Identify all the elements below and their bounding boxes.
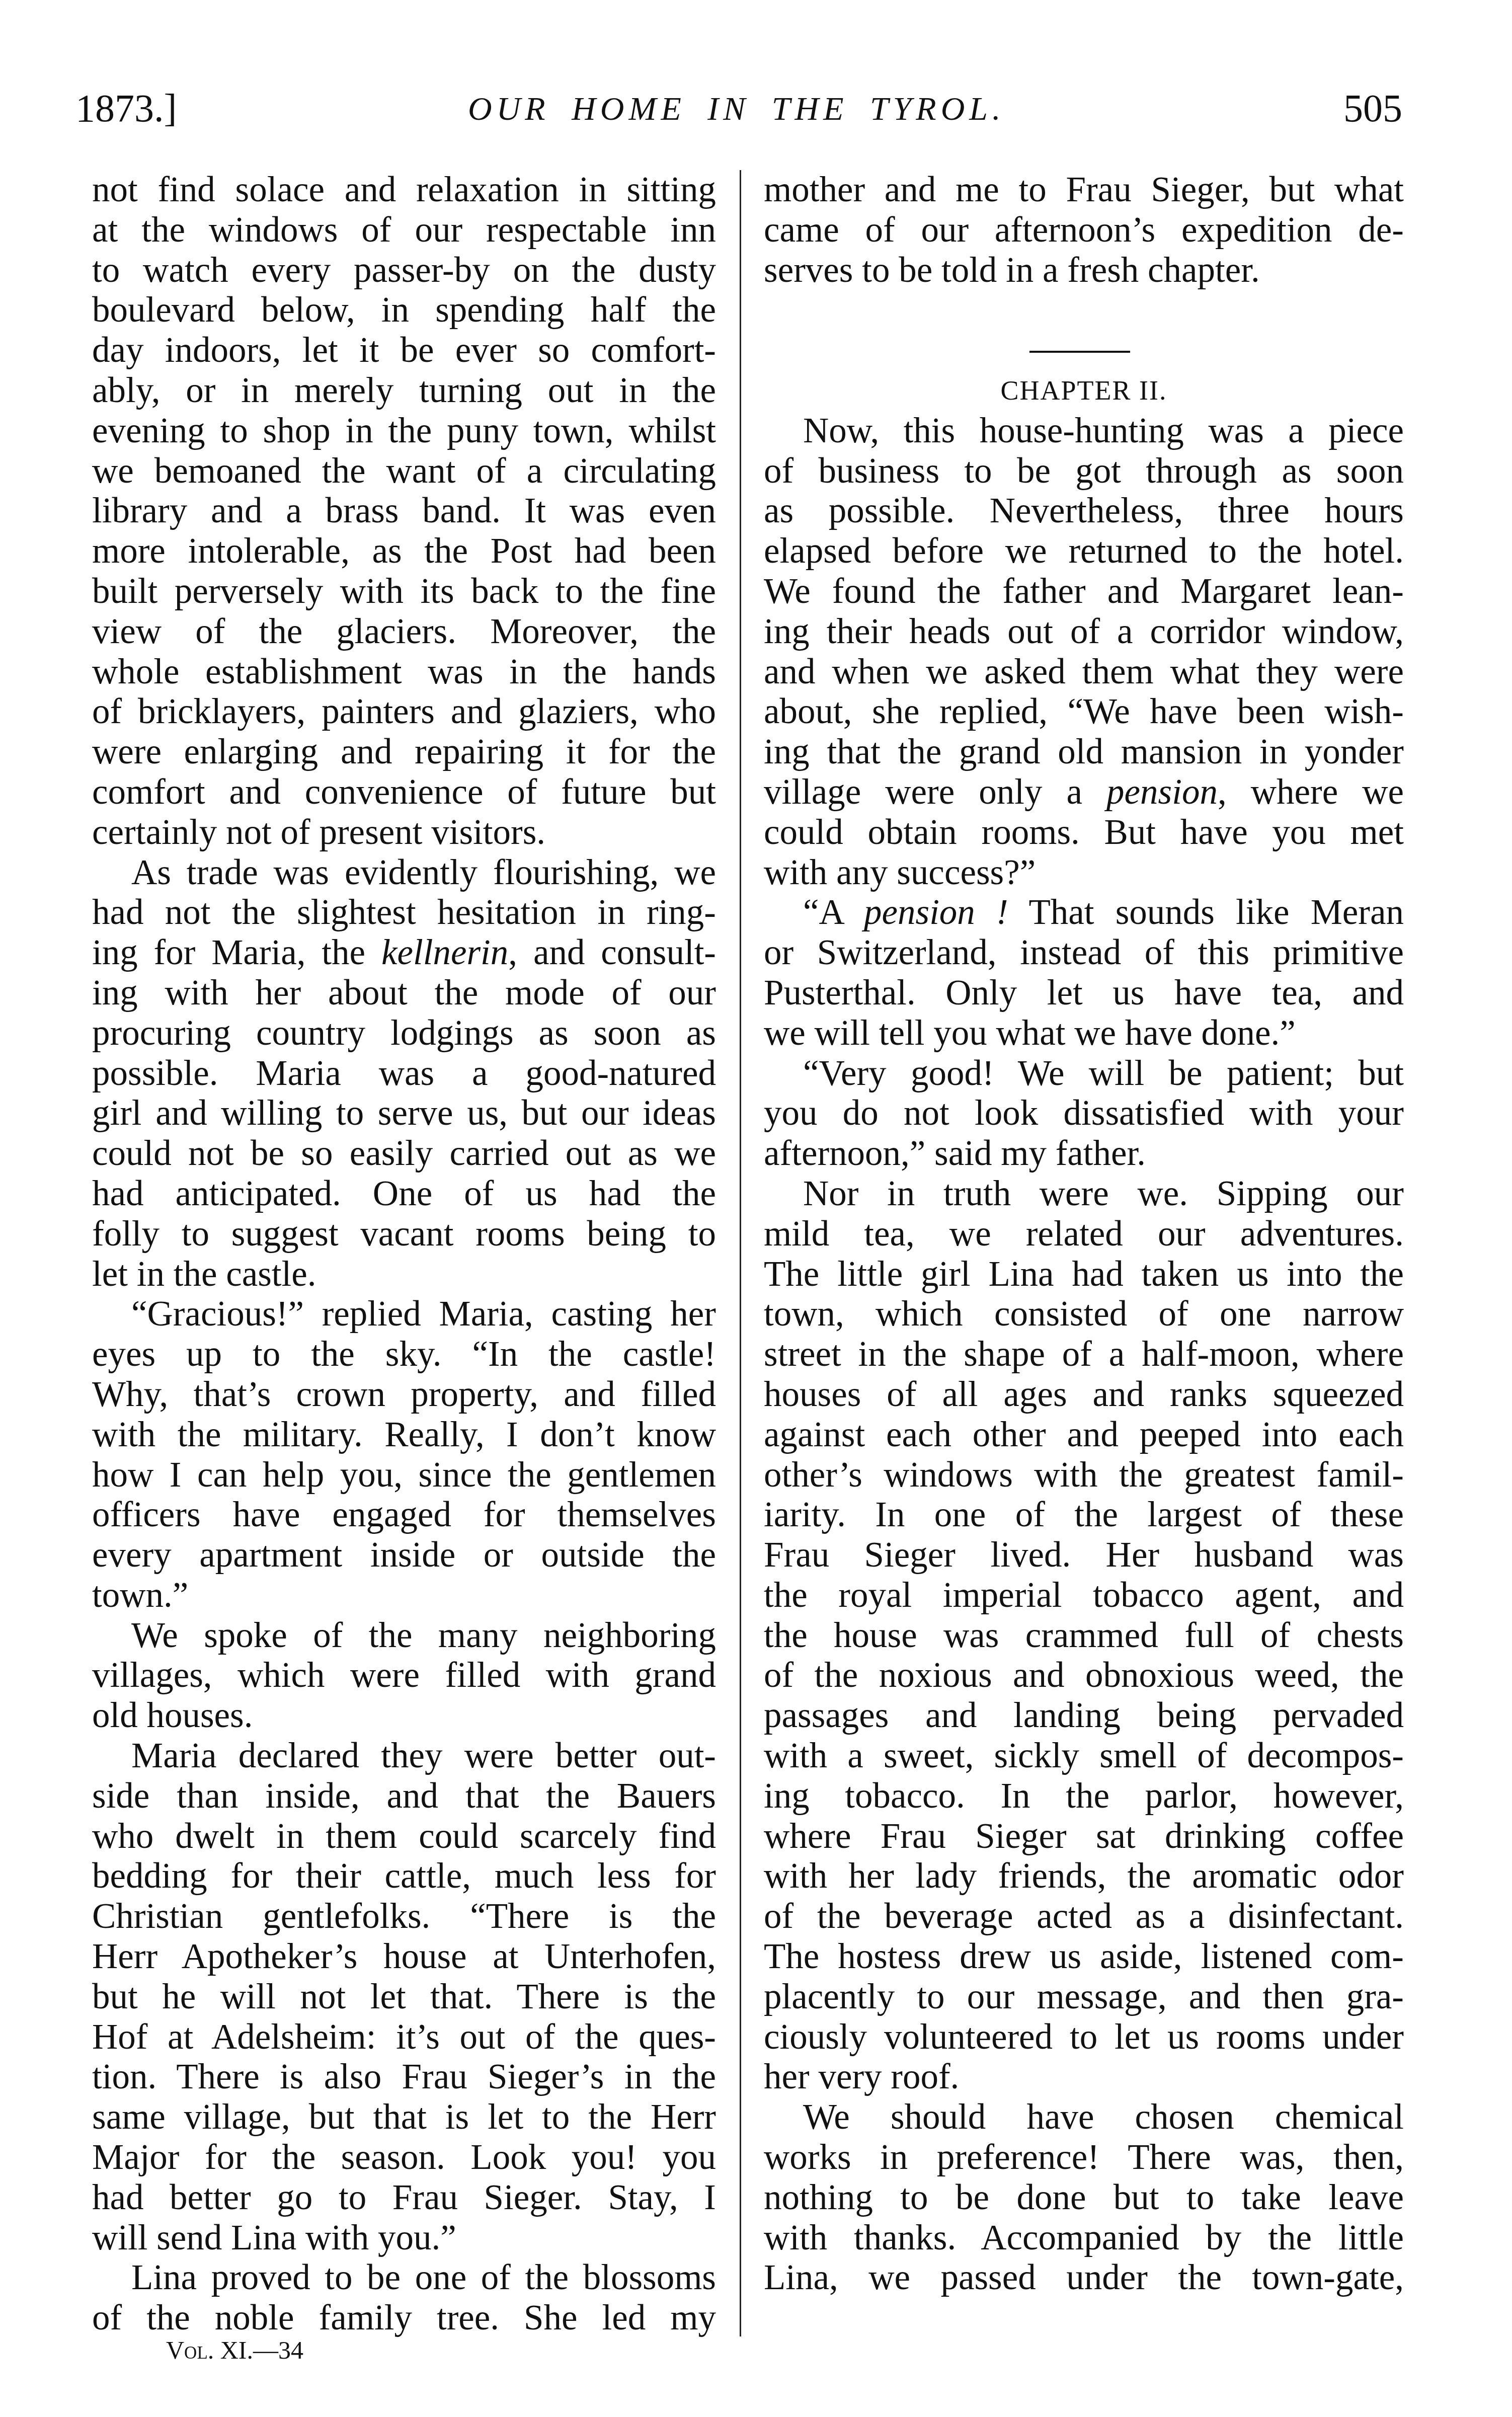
text-segment: village were only a (764, 772, 1106, 812)
text-line: passages and landing being pervaded (764, 1696, 1404, 1736)
text-line: placently to our message, and then gra- (764, 1977, 1404, 2017)
text-segment: , and consult- (508, 933, 716, 972)
text-line: boulevard below, in spending half the (92, 290, 716, 331)
text-line: we will tell you what we have done.” (764, 1013, 1404, 1054)
text-line: of the beverage acted as a disinfectant. (764, 1897, 1404, 1937)
text-line: We should have chosen chemical (764, 2097, 1404, 2138)
text-line: about, she replied, “We have been wish- (764, 692, 1404, 732)
italic-term: pension ! (864, 893, 1008, 932)
text-line: came of our afternoon’s expedition de- (764, 210, 1404, 251)
text-line: ing their heads out of a corridor window… (764, 612, 1404, 652)
text-line: Maria declared they were better out- (92, 1736, 716, 1776)
text-line: tion. There is also Frau Sieger’s in the (92, 2057, 716, 2097)
chapter-two-body: Now, this house-hunting was a pieceof bu… (764, 411, 1404, 2298)
text-line: As trade was evidently flourishing, we (92, 853, 716, 893)
text-line: and when we asked them what they were (764, 652, 1404, 692)
text-line: town, which consisted of one narrow (764, 1294, 1404, 1335)
text-line: Frau Sieger lived. Her husband was (764, 1535, 1404, 1576)
text-line: procuring country lodgings as soon as (92, 1013, 716, 1054)
text-line: serves to be told in a fresh chapter. (764, 251, 1404, 291)
text-line: to watch every passer-by on the dusty (92, 251, 716, 291)
text-line: Lina, we passed under the town-gate, (764, 2258, 1404, 2298)
text-line: ing for Maria, the kellnerin, and consul… (92, 933, 716, 973)
text-line: of business to be got through as soon (764, 451, 1404, 492)
text-line: had anticipated. One of us had the (92, 1174, 716, 1214)
running-head-title: OUR HOME IN THE TYROL. (468, 87, 1005, 132)
italic-term: kellnerin (381, 933, 508, 972)
chapter-one-ending: mother and me to Frau Sieger, but whatca… (764, 170, 1404, 290)
text-line: bedding for their cattle, much less for (92, 1856, 716, 1897)
text-line: officers have engaged for themselves (92, 1495, 716, 1535)
text-line: with any success?” (764, 853, 1404, 893)
text-line: villages, which were filled with grand (92, 1656, 716, 1696)
text-line: “Very good! We will be patient; but (764, 1054, 1404, 1094)
text-line: who dwelt in them could scarcely find (92, 1817, 716, 1857)
text-line: nothing to be done but to take leave (764, 2178, 1404, 2218)
text-line: ing tobacco. In the parlor, however, (764, 1776, 1404, 1817)
text-line: Why, that’s crown property, and filled (92, 1375, 716, 1415)
text-line: of bricklayers, painters and glaziers, w… (92, 692, 716, 732)
chapter-heading: CHAPTER II. (764, 371, 1404, 411)
text-line: Hof at Adelsheim: it’s out of the ques- (92, 2017, 716, 2058)
text-line: The little girl Lina had taken us into t… (764, 1255, 1404, 1295)
text-line: could not be so easily carried out as we (92, 1134, 716, 1174)
text-line: elapsed before we returned to the hotel. (764, 531, 1404, 572)
column-divider (740, 170, 741, 2336)
text-line: Major for the season. Look you! you (92, 2138, 716, 2178)
text-line: comfort and convenience of future but (92, 772, 716, 813)
text-line: eyes up to the sky. “In the castle! (92, 1335, 716, 1375)
section-rule (1029, 351, 1130, 353)
text-line: We found the father and Margaret lean- (764, 572, 1404, 612)
text-line: iarity. In one of the largest of these (764, 1495, 1404, 1535)
text-line: same village, but that is let to the Her… (92, 2097, 716, 2138)
text-line: had not the slightest hesitation in ring… (92, 893, 716, 933)
text-line: her very roof. (764, 2057, 1404, 2097)
text-line: with thanks. Accompanied by the little (764, 2218, 1404, 2258)
text-line: more intolerable, as the Post had been (92, 531, 716, 572)
text-line: ciously volunteered to let us rooms unde… (764, 2017, 1404, 2058)
text-line: with the military. Really, I don’t know (92, 1415, 716, 1455)
text-line: Pusterthal. Only let us have tea, and (764, 973, 1404, 1013)
text-segment: ing for Maria, the (92, 933, 381, 972)
text-line: old houses. (92, 1696, 716, 1736)
text-line: whole establishment was in the hands (92, 652, 716, 692)
text-line: side than inside, and that the Bauers (92, 1776, 716, 1817)
text-line: of the noble family tree. She led my (92, 2298, 716, 2338)
text-line: but he will not let that. There is the (92, 1977, 716, 2017)
text-line: mild tea, we related our adventures. (764, 1214, 1404, 1255)
text-line: how I can help you, since the gentlemen (92, 1455, 716, 1496)
italic-term: pension (1106, 772, 1218, 812)
text-line: could obtain rooms. But have you met (764, 813, 1404, 853)
text-line: village were only a pension, where we (764, 772, 1404, 813)
text-line: ably, or in merely turning out in the (92, 371, 716, 411)
text-line: ing with her about the mode of our (92, 973, 716, 1013)
text-segment: “A (803, 893, 864, 932)
text-line: every apartment inside or outside the (92, 1535, 716, 1576)
text-line: not find solace and relaxation in sittin… (92, 170, 716, 210)
text-line: library and a brass band. It was even (92, 491, 716, 531)
text-line: certainly not of present visitors. (92, 813, 716, 853)
text-line: Christian gentlefolks. “There is the (92, 1897, 716, 1937)
text-line: other’s windows with the greatest famil- (764, 1455, 1404, 1496)
text-line: were enlarging and repairing it for the (92, 732, 716, 772)
signature-number: XI.—34 (214, 2336, 303, 2364)
text-line: had better go to Frau Sieger. Stay, I (92, 2178, 716, 2218)
text-line: “A pension ! That sounds like Meran (764, 893, 1404, 933)
text-line: Lina proved to be one of the blossoms (92, 2258, 716, 2298)
text-line: at the windows of our respectable inn (92, 210, 716, 251)
text-line: view of the glaciers. Moreover, the (92, 612, 716, 652)
text-line: the royal imperial tobacco agent, and (764, 1576, 1404, 1616)
text-line: Herr Apotheker’s house at Unterhofen, (92, 1937, 716, 1977)
text-line: ing that the grand old mansion in yonder (764, 732, 1404, 772)
text-line: afternoon,” said my father. (764, 1134, 1404, 1174)
page-number: 505 (1343, 86, 1402, 131)
text-line: girl and willing to serve us, but our id… (92, 1094, 716, 1134)
text-line: built perversely with its back to the fi… (92, 572, 716, 612)
text-line: street in the shape of a half-moon, wher… (764, 1335, 1404, 1375)
right-column: mother and me to Frau Sieger, but whatca… (764, 170, 1404, 2298)
text-line: we bemoaned the want of a circulating (92, 451, 716, 492)
text-line: as possible. Nevertheless, three hours (764, 491, 1404, 531)
text-line: of the noxious and obnoxious weed, the (764, 1656, 1404, 1696)
text-line: evening to shop in the puny town, whilst (92, 411, 716, 451)
section-break (764, 290, 1404, 371)
text-line: “Gracious!” replied Maria, casting her (92, 1294, 716, 1335)
text-line: works in preference! There was, then, (764, 2138, 1404, 2178)
running-head: 1873.] OUR HOME IN THE TYROL. 505 (0, 0, 1512, 151)
text-line: against each other and peeped into each (764, 1415, 1404, 1455)
signature-vol: Vol. (166, 2336, 214, 2364)
text-line: you do not look dissatisfied with your (764, 1094, 1404, 1134)
text-line: where Frau Sieger sat drinking coffee (764, 1817, 1404, 1857)
text-line: mother and me to Frau Sieger, but what (764, 170, 1404, 210)
text-line: possible. Maria was a good-natured (92, 1054, 716, 1094)
text-line: Now, this house-hunting was a piece (764, 411, 1404, 451)
text-line: Nor in truth were we. Sipping our (764, 1174, 1404, 1214)
text-line: houses of all ages and ranks squeezed (764, 1375, 1404, 1415)
text-line: the house was crammed full of chests (764, 1616, 1404, 1656)
signature-mark: Vol. XI.—34 (166, 2335, 303, 2365)
text-segment: That sounds like Meran (1008, 893, 1404, 932)
text-line: We spoke of the many neighboring (92, 1616, 716, 1656)
running-head-year: 1873.] (75, 86, 177, 131)
text-line: day indoors, let it be ever so comfort- (92, 331, 716, 371)
text-segment: , where we (1218, 772, 1404, 812)
text-line: folly to suggest vacant rooms being to (92, 1214, 716, 1255)
text-line: with a sweet, sickly smell of decompos- (764, 1736, 1404, 1776)
left-column: not find solace and relaxation in sittin… (92, 170, 716, 2338)
text-line: town.” (92, 1576, 716, 1616)
text-line: with her lady friends, the aromatic odor (764, 1856, 1404, 1897)
text-line: will send Lina with you.” (92, 2218, 716, 2258)
text-line: let in the castle. (92, 1255, 716, 1295)
text-line: or Switzerland, instead of this primitiv… (764, 933, 1404, 973)
text-line: The hostess drew us aside, listened com- (764, 1937, 1404, 1977)
